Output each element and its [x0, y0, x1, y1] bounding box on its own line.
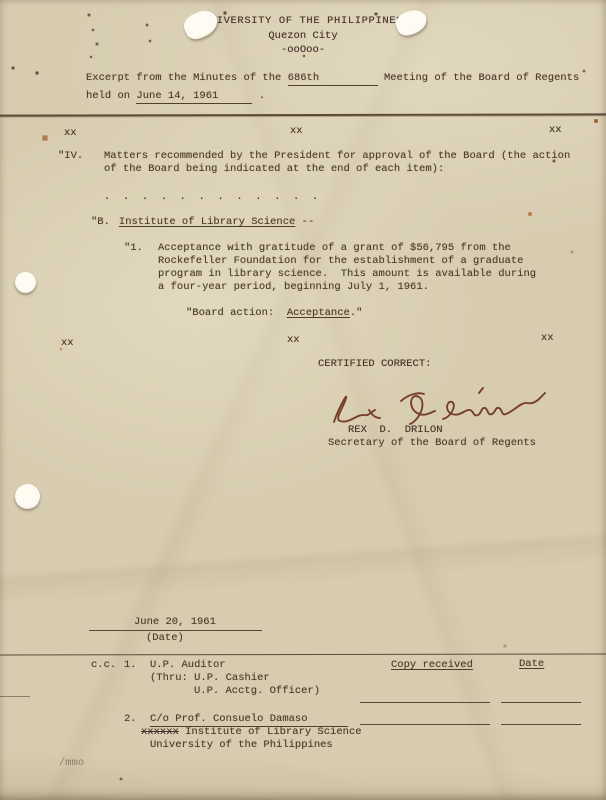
cc-item2-line3: University of the Philippines [150, 739, 333, 752]
xx-mark: xx [64, 127, 77, 140]
item-b-row: "B.Institute of Library Science -- [91, 216, 314, 229]
meeting-number-field: 686th [288, 72, 378, 86]
board-action-row: "Board action: Acceptance." [186, 307, 362, 320]
excerpt-line-2: held on June 14, 1961 . [86, 90, 265, 104]
item-b-heading-suffix: -- [295, 216, 314, 228]
xx-mark: xx [549, 124, 562, 137]
xx-mark: xx [541, 332, 554, 345]
column-header-date: Date [519, 658, 544, 671]
item-iv-label: "IV. [58, 150, 83, 163]
date-label: (Date) [146, 632, 184, 645]
date-underline [89, 630, 262, 631]
item-b-heading: Institute of Library Science [119, 216, 295, 228]
date-blank-line [501, 724, 581, 725]
page-title: UNIVERSITY OF THE PHILIPPINES [0, 15, 606, 28]
excerpt-line1-post: Meeting of the Board of Regents [378, 72, 580, 84]
cc-item2-line2-text: Institute of Library Science [179, 726, 362, 738]
excerpt-line2-post: . [252, 90, 265, 102]
board-action-suffix: ." [350, 307, 363, 319]
item-1-label: "1. [124, 242, 143, 255]
cc-label: c.c. [91, 659, 116, 672]
item-1-line: Acceptance with gratitude of a grant of … [158, 242, 511, 255]
cc-item2-number: 2. [124, 713, 137, 726]
punch-hole [15, 272, 36, 293]
paper-speckles [0, 0, 2, 2]
header-ornament: -ooOoo- [0, 44, 606, 57]
cc-item1-number: 1. [124, 659, 137, 672]
item-b-label: "B. [91, 216, 110, 228]
cc-item2-line2: xxxxxx Institute of Library Science [141, 726, 362, 739]
typist-initials: /mmo [59, 757, 84, 770]
ellipsis-dots: . . . . . . . . . . . . [104, 191, 318, 204]
board-action-label: "Board action: [186, 307, 287, 319]
punch-hole [15, 484, 40, 509]
meeting-date-field: June 14, 1961 [136, 90, 252, 104]
horizontal-rule-top [0, 113, 606, 116]
cc-item2-line1: C/o Prof. Consuelo Damaso [150, 713, 348, 727]
item-1-line: a four-year period, beginning July 1, 19… [158, 281, 429, 294]
signatory-title: Secretary of the Board of Regents [328, 437, 536, 450]
board-action-value: Acceptance [287, 307, 350, 319]
excerpt-line2-pre: held on [86, 90, 136, 102]
cc-item1-line3: U.P. Acctg. Officer) [194, 685, 320, 698]
document-page: UNIVERSITY OF THE PHILIPPINES Quezon Cit… [0, 0, 606, 800]
column-header-copy-received: Copy received [391, 659, 473, 672]
xx-mark: xx [287, 334, 300, 347]
excerpt-line1-pre: Excerpt from the Minutes of the [86, 72, 288, 84]
certified-correct-heading: CERTIFIED CORRECT: [318, 358, 431, 371]
cc-item1-line1: U.P. Auditor [150, 659, 226, 672]
header-city: Quezon City [0, 30, 606, 43]
xx-mark: xx [290, 125, 303, 138]
item-1-line: Rockefeller Foundation for the establish… [158, 255, 523, 268]
struck-out-text: xxxxxx [141, 726, 179, 738]
date-blank-line [501, 702, 581, 703]
item-1-line: program in library science. This amount … [158, 268, 536, 281]
signatory-name: REX D. DRILON [348, 424, 443, 437]
copy-received-blank-line [360, 724, 490, 725]
item-iv-line1: Matters recommended by the President for… [104, 150, 570, 163]
cc-item2-recipient: C/o Prof. Consuelo Damaso [150, 713, 348, 727]
edge-line-fragment [0, 696, 30, 697]
copy-received-blank-line [360, 702, 490, 703]
excerpt-line-1: Excerpt from the Minutes of the 686th Me… [86, 72, 579, 86]
xx-mark: xx [61, 337, 74, 350]
horizontal-rule-bottom [0, 653, 606, 655]
cc-item1-line2: (Thru: U.P. Cashier [150, 672, 270, 685]
item-iv-line2: of the Board being indicated at the end … [104, 163, 444, 176]
issue-date: June 20, 1961 [134, 616, 216, 629]
